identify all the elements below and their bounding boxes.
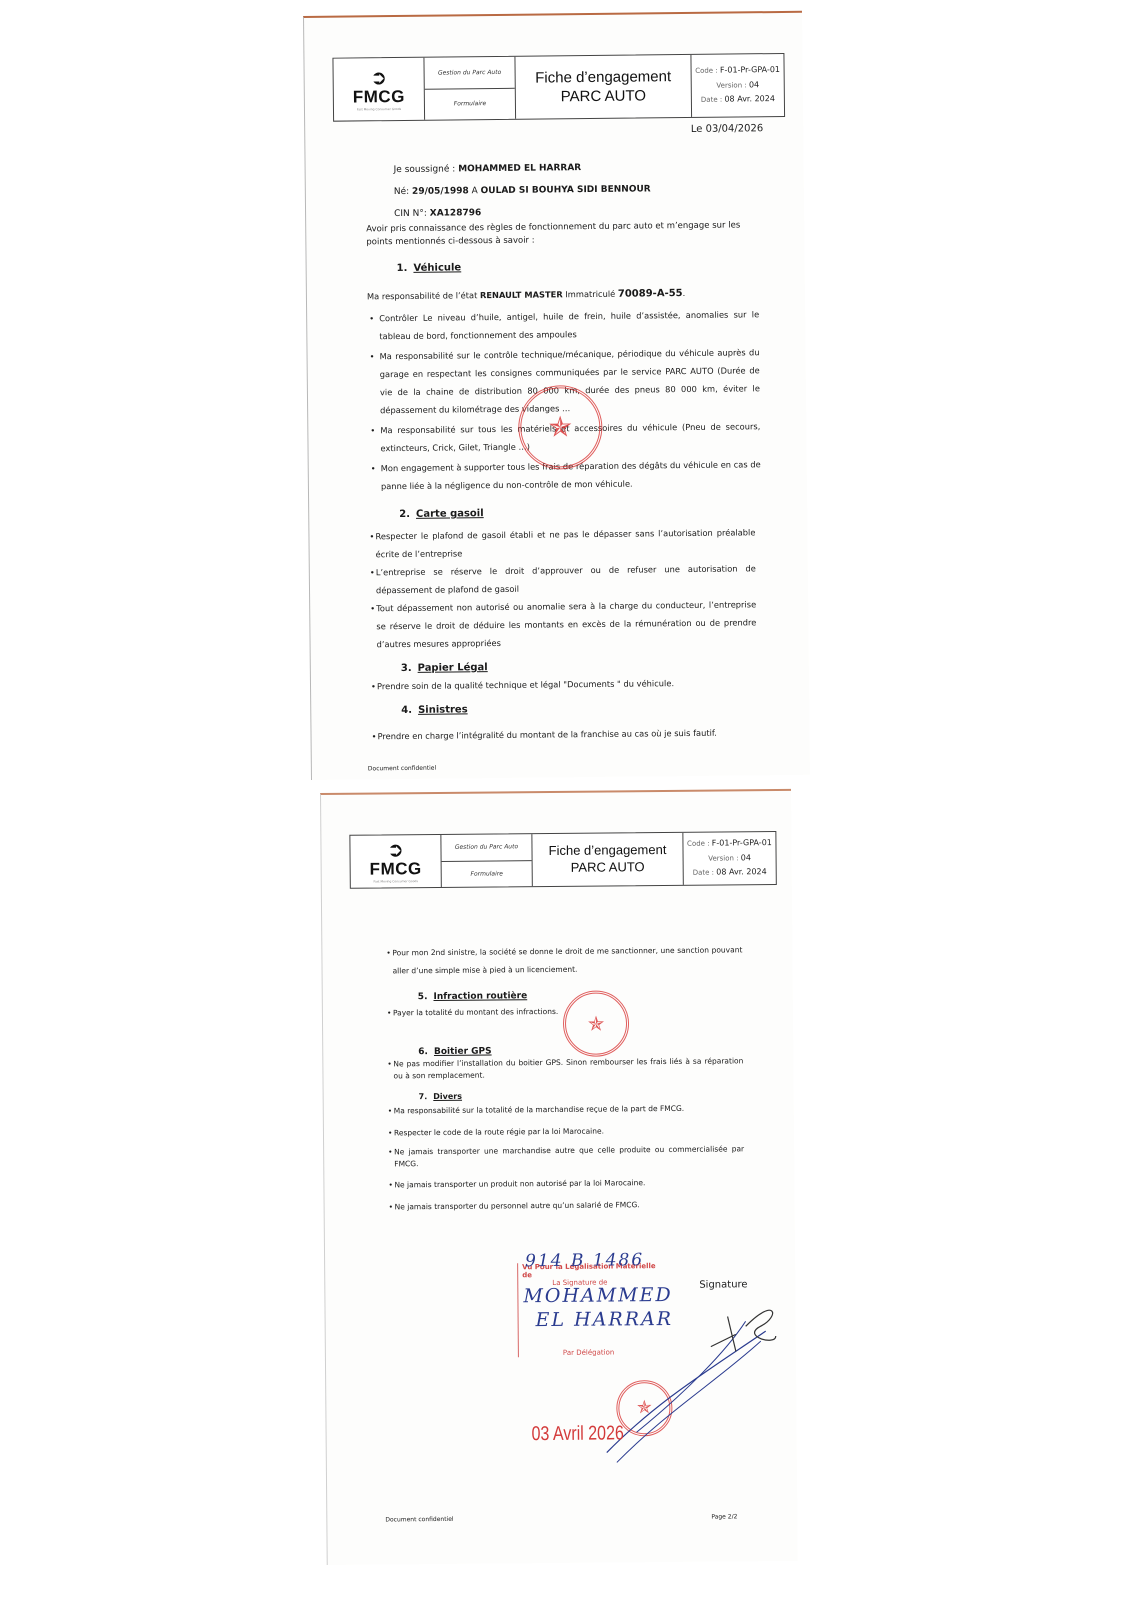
official-stamp: ✯	[518, 385, 603, 470]
brand-name: FMCG	[370, 859, 422, 879]
confidential-footer: Document confidentiel	[385, 1516, 453, 1524]
header-meta: Gestion du Parc Auto Formulaire	[441, 834, 532, 887]
document-title: Fiche d’engagement PARC AUTO	[515, 55, 692, 119]
bullet-item: Pour mon 2nd sinistre, la société se don…	[392, 941, 742, 980]
doc-type-label: Formulaire	[425, 88, 515, 119]
department-label: Gestion du Parc Auto	[441, 834, 531, 861]
star-icon: ✯	[548, 413, 572, 441]
company-logo: ➲ FMCG Fast Moving Consumer Goods	[350, 835, 441, 888]
document-header: ➲ FMCG Fast Moving Consumer Goods Gestio…	[349, 831, 776, 889]
section-infraction-title: 5.Infraction routière	[418, 991, 527, 1002]
bullet-item: Tout dépassement non autorisé ou anomali…	[376, 595, 757, 653]
bullet-item: Respecter le code de la route régie par …	[394, 1121, 744, 1142]
bullet-item: Respecter le plafond de gasoil établi et…	[375, 523, 755, 563]
document-page-2: ➲ FMCG Fast Moving Consumer Goods Gestio…	[320, 789, 798, 1565]
birth-line: Né: 29/05/1998 A OULAD SI BOUHYA SIDI BE…	[394, 178, 651, 203]
document-page-1: ➲ FMCG Fast Moving Consumer Goods Gestio…	[303, 11, 810, 780]
bullet-item: Prendre soin de la qualité technique et …	[377, 673, 777, 695]
star-icon: ✯	[588, 1014, 605, 1034]
doc-code: Code : F-01-Pr-GPA-01	[687, 836, 772, 851]
bullet-item: Ne pas modifier l’installation du boitie…	[393, 1055, 743, 1082]
doc-code: Code : F-01-Pr-GPA-01	[695, 63, 780, 78]
department-label: Gestion du Parc Auto	[424, 57, 514, 89]
doc-code-block: Code : F-01-Pr-GPA-01 Version : 04 Date …	[683, 832, 775, 885]
document-header: ➲ FMCG Fast Moving Consumer Goods Gestio…	[332, 53, 785, 122]
document-title: Fiche d’engagement PARC AUTO	[532, 833, 683, 886]
confidential-footer: Document confidentiel	[368, 765, 436, 773]
doc-version: Version : 04	[716, 78, 759, 93]
employee-signature	[705, 1296, 781, 1357]
signature-label: Signature	[699, 1279, 747, 1290]
company-logo: ➲ FMCG Fast Moving Consumer Goods	[333, 58, 425, 121]
doc-code-block: Code : F-01-Pr-GPA-01 Version : 04 Date …	[691, 54, 784, 117]
doc-date: Date : 08 Avr. 2024	[693, 865, 767, 880]
section-vehicule-title: 1.Véhicule	[397, 262, 462, 274]
signing-date: Le 03/04/2026	[691, 123, 763, 135]
page-number: Page 2/2	[711, 1513, 737, 1520]
bullet-item: Ma responsabilité sur la totalité de la …	[394, 1099, 744, 1120]
section-sinistres-title: 4.Sinistres	[401, 704, 467, 716]
date-stamp: 03 Avril 2026	[532, 1423, 624, 1446]
bullet-item: Ne jamais transporter du personnel autre…	[395, 1195, 745, 1216]
doc-type-label: Formulaire	[442, 861, 532, 887]
title-line-1: Fiche d’engagement	[535, 67, 671, 88]
handwritten-name-first: MOHAMMED	[523, 1284, 673, 1307]
title-line-2: PARC AUTO	[571, 859, 645, 877]
bullet-item: Ne jamais transporter une marchandise au…	[394, 1143, 744, 1170]
section-gps-title: 6.Boitier GPS	[418, 1047, 491, 1058]
bullet-item: Ne jamais transporter un produit non aut…	[394, 1173, 744, 1194]
vehicle-responsibility-line: Ma responsabilité de l’état RENAULT MAST…	[367, 283, 757, 306]
doc-date: Date : 08 Avr. 2024	[701, 92, 775, 107]
handwritten-register-number: 914 B 1486	[525, 1250, 644, 1271]
brand-tagline: Fast Moving Consumer Goods	[357, 107, 402, 111]
brand-tagline: Fast Moving Consumer Goods	[374, 879, 419, 883]
fmcg-arrow-icon: ➲	[370, 67, 387, 87]
section-carte-gasoil-title: 2.Carte gasoil	[399, 508, 484, 520]
section-papier-legal-title: 3.Papier Légal	[401, 662, 488, 674]
brand-name: FMCG	[353, 87, 405, 108]
doc-version: Version : 04	[708, 851, 751, 866]
identity-block: Je soussigné : MOHAMMED EL HARRAR Né: 29…	[394, 156, 652, 225]
fmcg-arrow-icon: ➲	[387, 839, 404, 859]
bullet-item: L’entreprise se réserve le droit d’appro…	[376, 559, 756, 599]
soussigne-line: Je soussigné : MOHAMMED EL HARRAR	[394, 156, 651, 181]
title-line-2: PARC AUTO	[561, 86, 647, 106]
intro-paragraph: Avoir pris connaissance des règles de fo…	[366, 219, 766, 249]
section-divers-title: 7.Divers	[419, 1092, 462, 1101]
official-stamp: ✯	[563, 990, 630, 1057]
bullet-item: Contrôler Le niveau d’huile, antigel, hu…	[379, 305, 759, 345]
bullet-item: Prendre en charge l’intégralité du monta…	[377, 723, 787, 745]
title-line-1: Fiche d’engagement	[549, 842, 667, 860]
header-meta: Gestion du Parc Auto Formulaire	[424, 57, 516, 120]
